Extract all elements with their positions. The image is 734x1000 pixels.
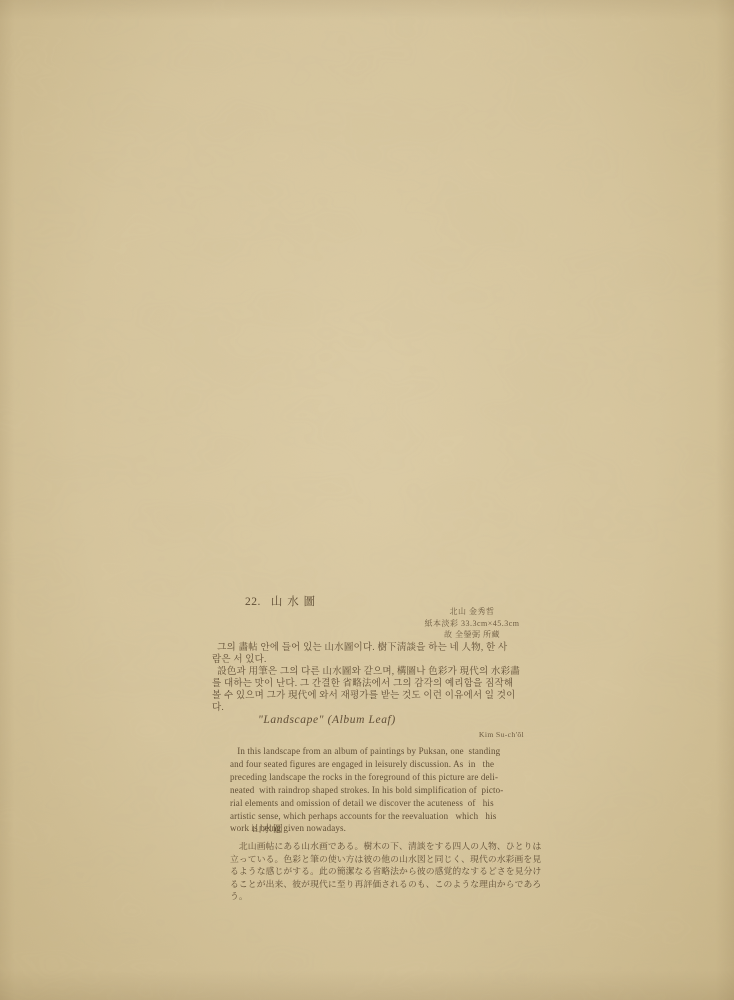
text-line: 람은 서 있다. — [212, 654, 530, 666]
text-line: う。 — [230, 890, 530, 903]
catalog-entry: 22.山 水 圖 北山 金秀哲紙本淡彩 33.3cm×45.3cm故 全鎣弼 所… — [0, 0, 734, 1000]
text-line: preceding landscape the rocks in the for… — [230, 771, 528, 784]
text-line: 를 대하는 맛이 난다. 그 간결한 省略法에서 그의 감각의 예리함을 짐작해 — [212, 678, 530, 690]
text-line: neated with raindrop shaped strokes. In … — [230, 784, 528, 797]
japanese-title: 山水圖 — [252, 821, 284, 835]
text-line: 볼 수 있으며 그가 現代에 와서 재평가를 받는 것도 이런 이유에서 일 것… — [212, 690, 530, 702]
artist-attribution: Kim Su-ch'ŏl — [230, 730, 524, 739]
text-line: ることが出来、彼が現代に至り再評価されるのも、このような理由からであろ — [230, 878, 530, 891]
text-line: 北山 金秀哲 — [402, 606, 542, 618]
text-line: 設色과 用筆은 그의 다른 山水圖와 같으며, 構圖나 色彩가 現代의 水彩畵 — [212, 666, 530, 678]
text-line: rial elements and omission of detail we … — [230, 797, 528, 810]
japanese-description: 北山画帖にある山水画である。樹木の下、清談をする四人の人物、ひとりは立っている。… — [230, 840, 530, 903]
english-title: "Landscape" (Album Leaf) — [258, 714, 396, 726]
text-line: In this landscape from an album of paint… — [230, 745, 528, 758]
text-line: るような感じがする。此の簡潔なる省略法から彼の感覚的なするどさを見分け — [230, 865, 530, 878]
korean-description: 그의 畵帖 안에 들어 있는 山水圖이다. 樹下淸談을 하는 네 人物, 한 사… — [212, 642, 530, 715]
text-line: and four seated figures are engaged in l… — [230, 758, 528, 771]
text-line: 故 全鎣弼 所藏 — [402, 629, 542, 641]
artist-caption: 北山 金秀哲紙本淡彩 33.3cm×45.3cm故 全鎣弼 所藏 — [402, 606, 542, 641]
entry-title-hanja: 山 水 圖 — [271, 596, 316, 608]
text-line: 北山画帖にある山水画である。樹木の下、清談をする四人の人物、ひとりは — [230, 840, 530, 853]
entry-number-title: 22.山 水 圖 — [245, 593, 316, 609]
text-line: 다. — [212, 702, 530, 714]
text-line: 立っている。色彩と筆の使い方は彼の他の山水図と同じく、現代の水彩画を見 — [230, 853, 530, 866]
entry-number: 22. — [245, 596, 261, 608]
scanned-book-page: 22.山 水 圖 北山 金秀哲紙本淡彩 33.3cm×45.3cm故 全鎣弼 所… — [0, 0, 734, 1000]
text-line: 그의 畵帖 안에 들어 있는 山水圖이다. 樹下淸談을 하는 네 人物, 한 사 — [212, 642, 530, 654]
text-line: 紙本淡彩 33.3cm×45.3cm — [402, 618, 542, 630]
